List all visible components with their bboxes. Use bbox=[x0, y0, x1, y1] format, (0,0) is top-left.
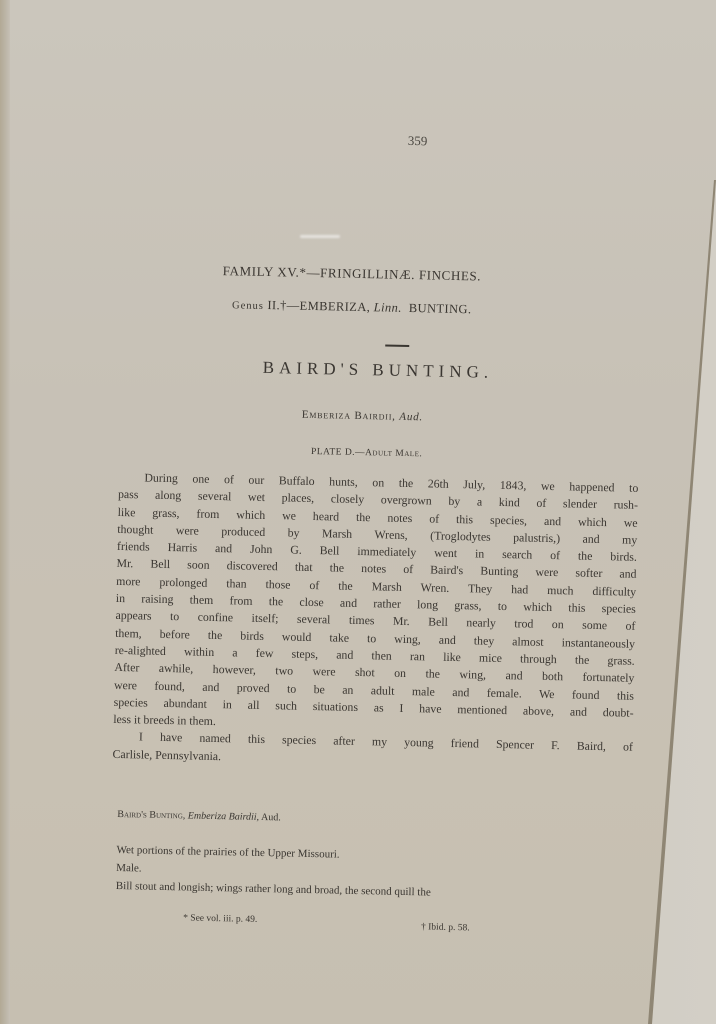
scientific-name-authority: Aud. bbox=[399, 411, 423, 423]
page-text-block: 359 FAMILY XV.*—FRINGILLINÆ. FINCHES. Ge… bbox=[0, 0, 716, 1024]
synonym-authority: Aud. bbox=[261, 812, 281, 823]
scientific-name-text: Emberiza Bairdii, bbox=[302, 409, 396, 423]
synonym-common: Baird's Bunting, bbox=[117, 809, 185, 821]
species-title: BAIRD'S BUNTING. bbox=[263, 358, 553, 384]
plate-caption: PLATE D.—Adult Male. bbox=[311, 447, 511, 461]
scientific-name: Emberiza Bairdii, Aud. bbox=[302, 409, 502, 425]
genus-prefix: Genus bbox=[232, 300, 264, 312]
genus-heading: Genus II.†—EMBERIZA, Linn. BUNTING. bbox=[232, 297, 572, 319]
species-details: Wet portions of the prairies of the Uppe… bbox=[116, 841, 587, 905]
footnote-1: * See vol. iii. p. 49. bbox=[183, 913, 257, 925]
footnote-2: † Ibid. p. 58. bbox=[421, 922, 470, 933]
genus-common-name: BUNTING. bbox=[409, 301, 472, 316]
synonym-line: Baird's Bunting, Emberiza Bairdii, Aud. bbox=[117, 809, 517, 828]
family-heading: FAMILY XV.*—FRINGILLINÆ. FINCHES. bbox=[223, 263, 583, 287]
title-divider bbox=[385, 344, 409, 347]
synonym-latin: Emberiza Bairdii, bbox=[188, 810, 260, 822]
page-number: 359 bbox=[395, 133, 439, 150]
genus-authority: Linn. bbox=[374, 300, 402, 315]
body-paragraph: During one of our Buffalo hunts, on the … bbox=[112, 469, 638, 774]
genus-number: II.†—EMBERIZA, bbox=[267, 298, 370, 314]
